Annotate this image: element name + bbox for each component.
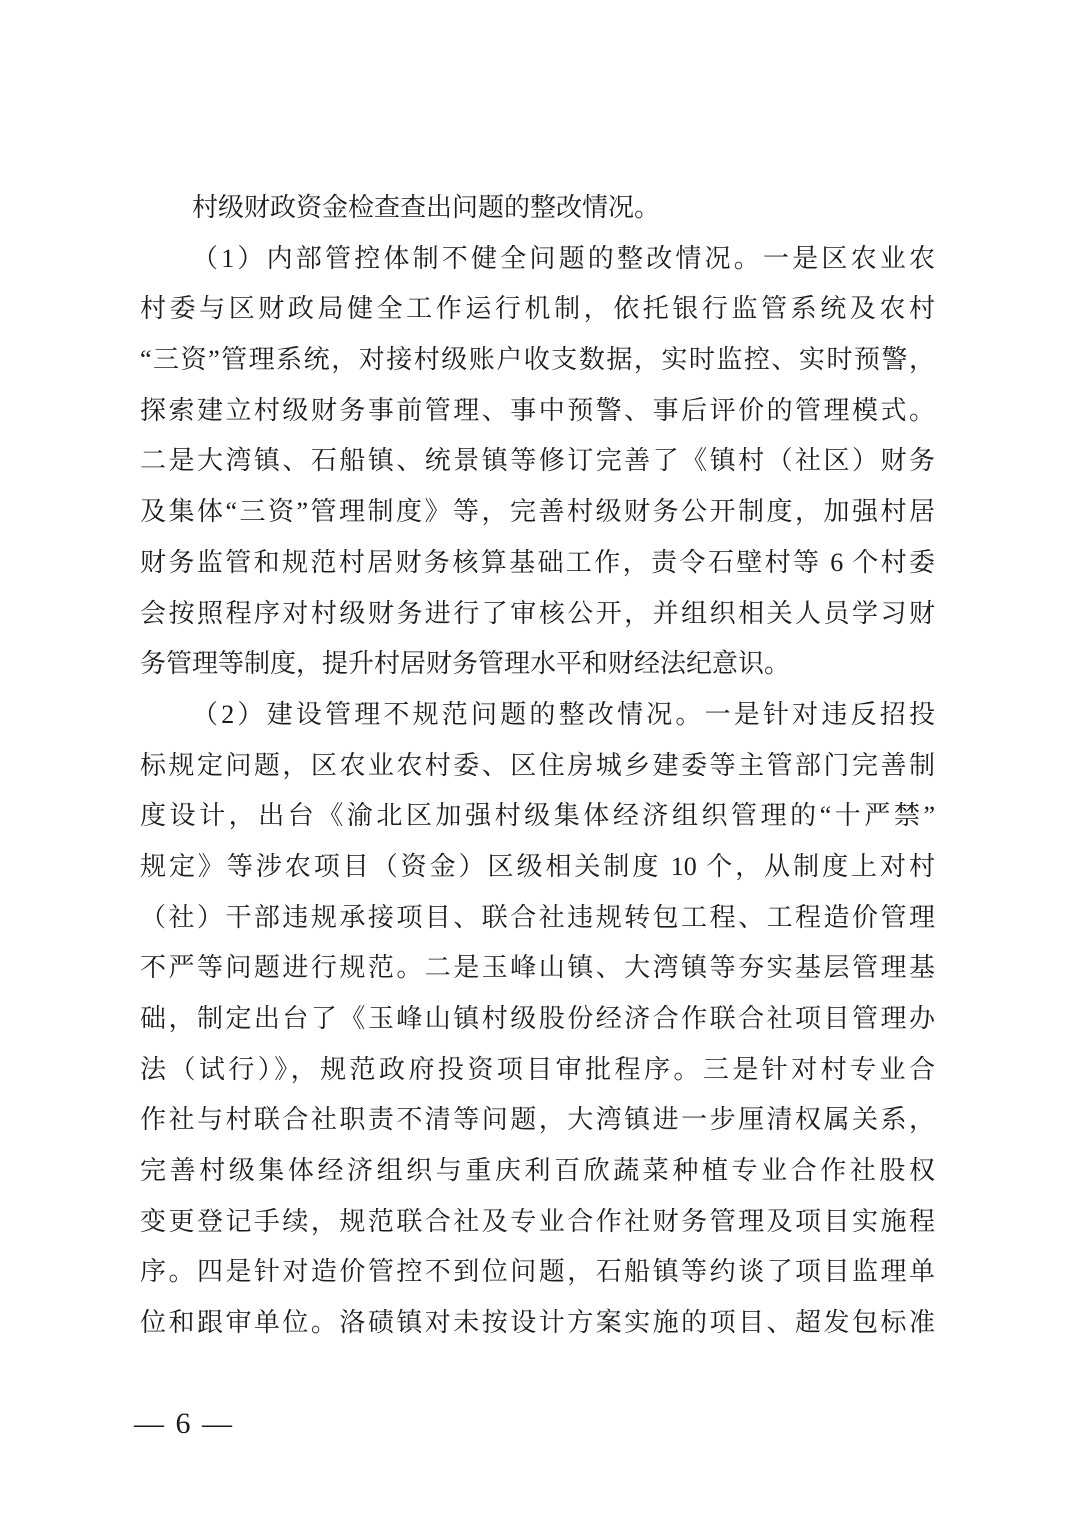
text-line: （1）内部管控体制不健全问题的整改情况。一是区农业农 — [140, 234, 935, 285]
text-line: （社）干部违规承接项目、联合社违规转包工程、工程造价管理 — [140, 893, 935, 944]
text-line: 位和跟审单位。洛碛镇对未按设计方案实施的项目、超发包标准 — [140, 1298, 935, 1349]
text-line: 规定》等涉农项目（资金）区级相关制度 10 个，从制度上对村 — [140, 842, 935, 893]
text-line: 二是大湾镇、石船镇、统景镇等修订完善了《镇村（社区）财务 — [140, 436, 935, 487]
text-line: 探索建立村级财务事前管理、事中预警、事后评价的管理模式。 — [140, 386, 935, 437]
text-line: 务管理等制度，提升村居财务管理水平和财经法纪意识。 — [140, 639, 935, 690]
text-line: 础，制定出台了《玉峰山镇村级股份经济合作联合社项目管理办 — [140, 994, 935, 1045]
text-line: 序。四是针对造价管控不到位问题，石船镇等约谈了项目监理单 — [140, 1247, 935, 1298]
text-line: 财务监管和规范村居财务核算基础工作，责令石壁村等 6 个村委 — [140, 538, 935, 589]
text-line: 会按照程序对村级财务进行了审核公开，并组织相关人员学习财 — [140, 589, 935, 640]
document-page: 村级财政资金检查查出问题的整改情况。（1）内部管控体制不健全问题的整改情况。一是… — [0, 0, 1074, 1520]
text-line: （2）建设管理不规范问题的整改情况。一是针对违反招投 — [140, 690, 935, 741]
text-line: 及集体“三资”管理制度》等，完善村级财务公开制度，加强村居 — [140, 487, 935, 538]
text-line: 变更登记手续，规范联合社及专业合作社财务管理及项目实施程 — [140, 1197, 935, 1248]
page-footer: — 6 — — [134, 1402, 234, 1446]
text-line: 村委与区财政局健全工作运行机制，依托银行监管系统及农村 — [140, 284, 935, 335]
text-line: 法（试行）》，规范政府投资项目审批程序。三是针对村专业合 — [140, 1045, 935, 1096]
text-line: 不严等问题进行规范。二是玉峰山镇、大湾镇等夯实基层管理基 — [140, 943, 935, 994]
text-line: “三资”管理系统，对接村级账户收支数据，实时监控、实时预警， — [140, 335, 935, 386]
text-line: 度设计，出台《渝北区加强村级集体经济组织管理的“十严禁” — [140, 791, 935, 842]
page-number: — 6 — — [134, 1407, 234, 1440]
text-line: 作社与村联合社职责不清等问题，大湾镇进一步厘清权属关系， — [140, 1095, 935, 1146]
text-line: 村级财政资金检查查出问题的整改情况。 — [140, 183, 935, 234]
document-body: 村级财政资金检查查出问题的整改情况。（1）内部管控体制不健全问题的整改情况。一是… — [140, 183, 935, 1349]
text-line: 标规定问题，区农业农村委、区住房城乡建委等主管部门完善制 — [140, 741, 935, 792]
text-line: 完善村级集体经济组织与重庆利百欣蔬菜种植专业合作社股权 — [140, 1146, 935, 1197]
